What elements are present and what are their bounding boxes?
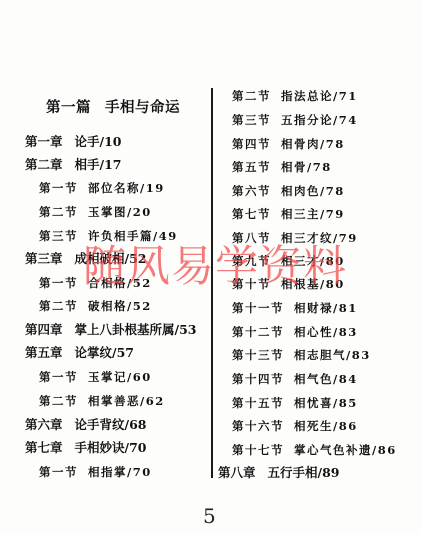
toc-entry-title: 许负相手篇/49 (88, 229, 178, 243)
toc-entry[interactable]: 第二章相手/17 (25, 158, 121, 172)
toc-entry-label: 第十六节 (232, 419, 284, 433)
toc-entry-title: 相心性/83 (294, 325, 358, 339)
toc-entry-title: 相三才纹/79 (281, 231, 358, 245)
toc-entry-label: 第六章 (25, 418, 63, 432)
part-name: 手相与命运 (105, 99, 180, 116)
toc-entry[interactable]: 第二节玉掌图/20 (39, 205, 152, 219)
toc-entry-label: 第二节 (232, 89, 271, 103)
toc-entry[interactable]: 第十一节相财禄/81 (232, 301, 358, 315)
toc-entry-title: 相手/17 (75, 157, 122, 172)
toc-entry-label: 第十七节 (232, 443, 284, 457)
toc-entry[interactable]: 第四章掌上八卦根基所属/53 (25, 323, 196, 337)
toc-entry-label: 第十三节 (232, 348, 284, 362)
toc-entry[interactable]: 第十五节相忧喜/85 (232, 396, 358, 410)
toc-entry-label: 第二节 (39, 205, 78, 219)
toc-entry[interactable]: 第二节指法总论/71 (232, 89, 358, 103)
toc-entry[interactable]: 第七章手相妙诀/70 (25, 441, 146, 455)
toc-entry-label: 第七章 (25, 441, 63, 455)
toc-entry-title: 指法总论/71 (281, 89, 358, 103)
toc-entry-label: 第一节 (39, 370, 78, 384)
toc-entry-title: 相指掌/70 (88, 465, 152, 479)
toc-entry-label: 第九节 (232, 254, 271, 268)
toc-entry[interactable]: 第十七节掌心气色补遗/86 (232, 443, 397, 457)
toc-entry-title: 掌上八卦根基所属/53 (75, 322, 197, 337)
toc-entry[interactable]: 第三章成相破相/52 (25, 252, 146, 266)
toc-entry[interactable]: 第一节相指掌/70 (39, 465, 152, 479)
toc-entry[interactable]: 第十四节相气色/84 (232, 372, 358, 386)
toc-entry[interactable]: 第五节相骨/78 (232, 160, 332, 174)
toc-entry[interactable]: 第八节相三才纹/79 (232, 231, 358, 245)
toc-entry-label: 第五章 (25, 346, 63, 360)
toc-entry-label: 第一节 (39, 276, 78, 290)
toc-entry-label: 第四节 (232, 137, 271, 151)
toc-entry[interactable]: 第二节相掌善恶/62 (39, 394, 165, 408)
toc-entry-label: 第二节 (39, 394, 78, 408)
toc-entry-title: 相忧喜/85 (294, 396, 358, 410)
toc-entry-title: 相掌善恶/62 (88, 394, 165, 408)
toc-entry[interactable]: 第三节许负相手篇/49 (39, 229, 178, 243)
toc-entry-label: 第十四节 (232, 372, 284, 386)
toc-entry[interactable]: 第四节相骨肉/78 (232, 137, 345, 151)
toc-entry-title: 相三才/80 (281, 254, 345, 268)
toc-entry[interactable]: 第八章五行手相/89 (218, 466, 339, 480)
toc-entry-title: 掌心气色补遗/86 (294, 443, 397, 457)
toc-entry-label: 第十五节 (232, 396, 284, 410)
toc-entry-label: 第一章 (25, 135, 63, 149)
toc-entry[interactable]: 第二节破相格/52 (39, 299, 152, 313)
toc-entry-title: 相三主/79 (281, 207, 345, 221)
toc-entry[interactable]: 第十六节相死生/86 (232, 419, 358, 433)
toc-entry-title: 论掌纹/57 (75, 345, 134, 360)
toc-entry-title: 破相格/52 (88, 299, 152, 313)
toc-entry-label: 第八节 (232, 231, 271, 245)
toc-entry[interactable]: 第一节玉掌记/60 (39, 370, 152, 384)
toc-entry-title: 相肉色/78 (281, 184, 345, 198)
toc-entry-title: 论手背纹/68 (75, 417, 147, 432)
toc-entry-title: 合相格/52 (88, 276, 152, 290)
toc-entry-title: 相死生/86 (294, 419, 358, 433)
part-title: 第一篇手相与命运 (46, 96, 180, 117)
column-divider (211, 88, 213, 478)
book-page: 第一篇手相与命运 第一章论手/10 第二章相手/17 第一节部位名称/19 第二… (0, 0, 422, 534)
toc-entry[interactable]: 第六节相肉色/78 (232, 184, 345, 198)
toc-entry-title: 论手/10 (75, 134, 122, 149)
toc-entry-title: 五指分论/74 (281, 113, 358, 127)
toc-entry-label: 第十一节 (232, 301, 284, 315)
toc-entry-label: 第二章 (25, 158, 63, 172)
toc-entry-title: 玉掌图/20 (88, 205, 152, 219)
part-label: 第一篇 (46, 99, 91, 116)
toc-entry-label: 第五节 (232, 160, 271, 174)
toc-entry-label: 第一节 (39, 465, 78, 479)
toc-entry[interactable]: 第五章论掌纹/57 (25, 346, 134, 360)
toc-entry-title: 相骨肉/78 (281, 137, 345, 151)
toc-entry-label: 第七节 (232, 207, 271, 221)
toc-entry-title: 手相妙诀/70 (75, 440, 147, 455)
toc-entry-label: 第三节 (232, 113, 271, 127)
toc-entry-title: 相志胆气/83 (294, 348, 371, 362)
toc-entry-title: 五行手相/89 (268, 465, 340, 480)
toc-entry-label: 第四章 (25, 323, 63, 337)
toc-entry-label: 第十节 (232, 277, 271, 291)
toc-entry-label: 第八章 (218, 466, 256, 480)
toc-entry-label: 第二节 (39, 299, 78, 313)
page-number: 5 (203, 504, 216, 528)
toc-entry-label: 第一节 (39, 181, 78, 195)
toc-entry-label: 第三节 (39, 229, 78, 243)
toc-entry-label: 第六节 (232, 184, 271, 198)
toc-entry-title: 相气色/84 (294, 372, 358, 386)
toc-entry[interactable]: 第十三节相志胆气/83 (232, 348, 371, 362)
toc-entry-title: 部位名称/19 (88, 181, 165, 195)
toc-entry[interactable]: 第一节合相格/52 (39, 276, 152, 290)
toc-entry[interactable]: 第三节五指分论/74 (232, 113, 358, 127)
toc-entry[interactable]: 第十二节相心性/83 (232, 325, 358, 339)
toc-entry[interactable]: 第九节相三才/80 (232, 254, 345, 268)
toc-entry[interactable]: 第六章论手背纹/68 (25, 418, 146, 432)
toc-entry-title: 玉掌记/60 (88, 370, 152, 384)
toc-entry-title: 成相破相/52 (75, 251, 147, 266)
toc-entry-title: 相根基/80 (281, 277, 345, 291)
toc-entry-label: 第三章 (25, 252, 63, 266)
toc-entry-title: 相骨/78 (281, 160, 332, 174)
toc-entry[interactable]: 第一节部位名称/19 (39, 181, 165, 195)
toc-entry[interactable]: 第七节相三主/79 (232, 207, 345, 221)
toc-entry-label: 第十二节 (232, 325, 284, 339)
toc-entry[interactable]: 第一章论手/10 (25, 135, 121, 149)
toc-entry-title: 相财禄/81 (294, 301, 358, 315)
toc-entry[interactable]: 第十节相根基/80 (232, 277, 345, 291)
